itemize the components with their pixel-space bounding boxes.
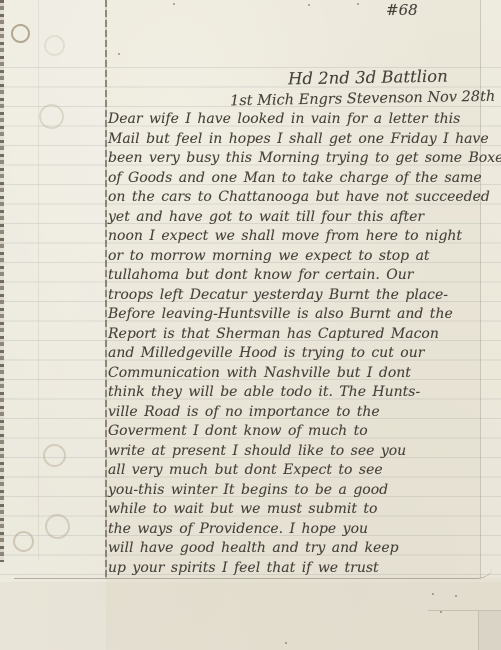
scanned-letter-page: #68 Hd 2nd 3d Battlion 1st Mich Engrs St…	[0, 0, 501, 650]
letter-heading-unit: Hd 2nd 3d Battlion	[288, 67, 448, 89]
letter-line: been very busy this Morning trying to ge…	[108, 149, 501, 169]
letter-line: Goverment I dont know of much to	[108, 422, 501, 442]
letter-body: Dear wife I have looked in vain for a le…	[108, 110, 501, 578]
letter-line: on the cars to Chattanooga but have not …	[108, 188, 501, 208]
letter-line: Before leaving-Huntsville is also Burnt …	[108, 305, 501, 325]
paper-speck	[432, 593, 434, 595]
letter-line: or to morrow morning we expect to stop a…	[108, 247, 501, 267]
paper-speck	[357, 3, 359, 5]
letter-line: Report is that Sherman has Captured Maco…	[108, 325, 501, 345]
paper-speck	[455, 595, 457, 597]
hole-punch-ring	[44, 35, 65, 56]
scan-backing	[0, 582, 501, 650]
hole-punch-ring	[45, 514, 70, 539]
letter-line: write at present I should like to see yo…	[108, 442, 501, 462]
hole-punch-ring	[13, 531, 34, 552]
letter-line: Communication with Nashville but I dont	[108, 364, 501, 384]
letter-line: Mail but feel in hopes I shall get one F…	[108, 130, 501, 150]
binding-edge	[0, 0, 4, 562]
letter-line: yet and have got to wait till four this …	[108, 208, 501, 228]
letter-line: troops left Decatur yesterday Burnt the …	[108, 286, 501, 306]
lower-sheet-corner	[479, 611, 501, 650]
paper-speck	[285, 642, 287, 644]
hole-punch-ring	[39, 104, 64, 129]
letter-line: will have good health and try and keep	[108, 539, 501, 559]
page-annotation-number: #68	[386, 1, 418, 19]
letter-line: while to wait but we must submit to	[108, 500, 501, 520]
left-strip-rule	[38, 0, 39, 560]
letter-line: of Goods and one Man to take charge of t…	[108, 169, 501, 189]
letter-line: tullahoma but dont know for certain. Our	[108, 266, 501, 286]
letter-line: Dear wife I have looked in vain for a le…	[108, 110, 501, 130]
letter-line: up your spirits I feel that if we trust	[108, 559, 501, 579]
letter-line: all very much but dont Expect to see	[108, 461, 501, 481]
hole-punch-ring	[43, 444, 66, 467]
paper-speck	[118, 53, 120, 55]
hole-punch-ring	[11, 24, 30, 43]
paper-speck	[308, 4, 310, 6]
letter-line: you-this winter It begins to be a good	[108, 481, 501, 501]
paper-speck	[173, 3, 175, 5]
page-fold-edge	[105, 0, 107, 579]
letter-line: ville Road is of no importance to the	[108, 403, 501, 423]
paper-speck	[440, 611, 442, 613]
letter-line: think they will be able todo it. The Hun…	[108, 383, 501, 403]
letter-line: and Milledgeville Hood is trying to cut …	[108, 344, 501, 364]
letter-line: the ways of Providence. I hope you	[108, 520, 501, 540]
letter-line: noon I expect we shall move from here to…	[108, 227, 501, 247]
